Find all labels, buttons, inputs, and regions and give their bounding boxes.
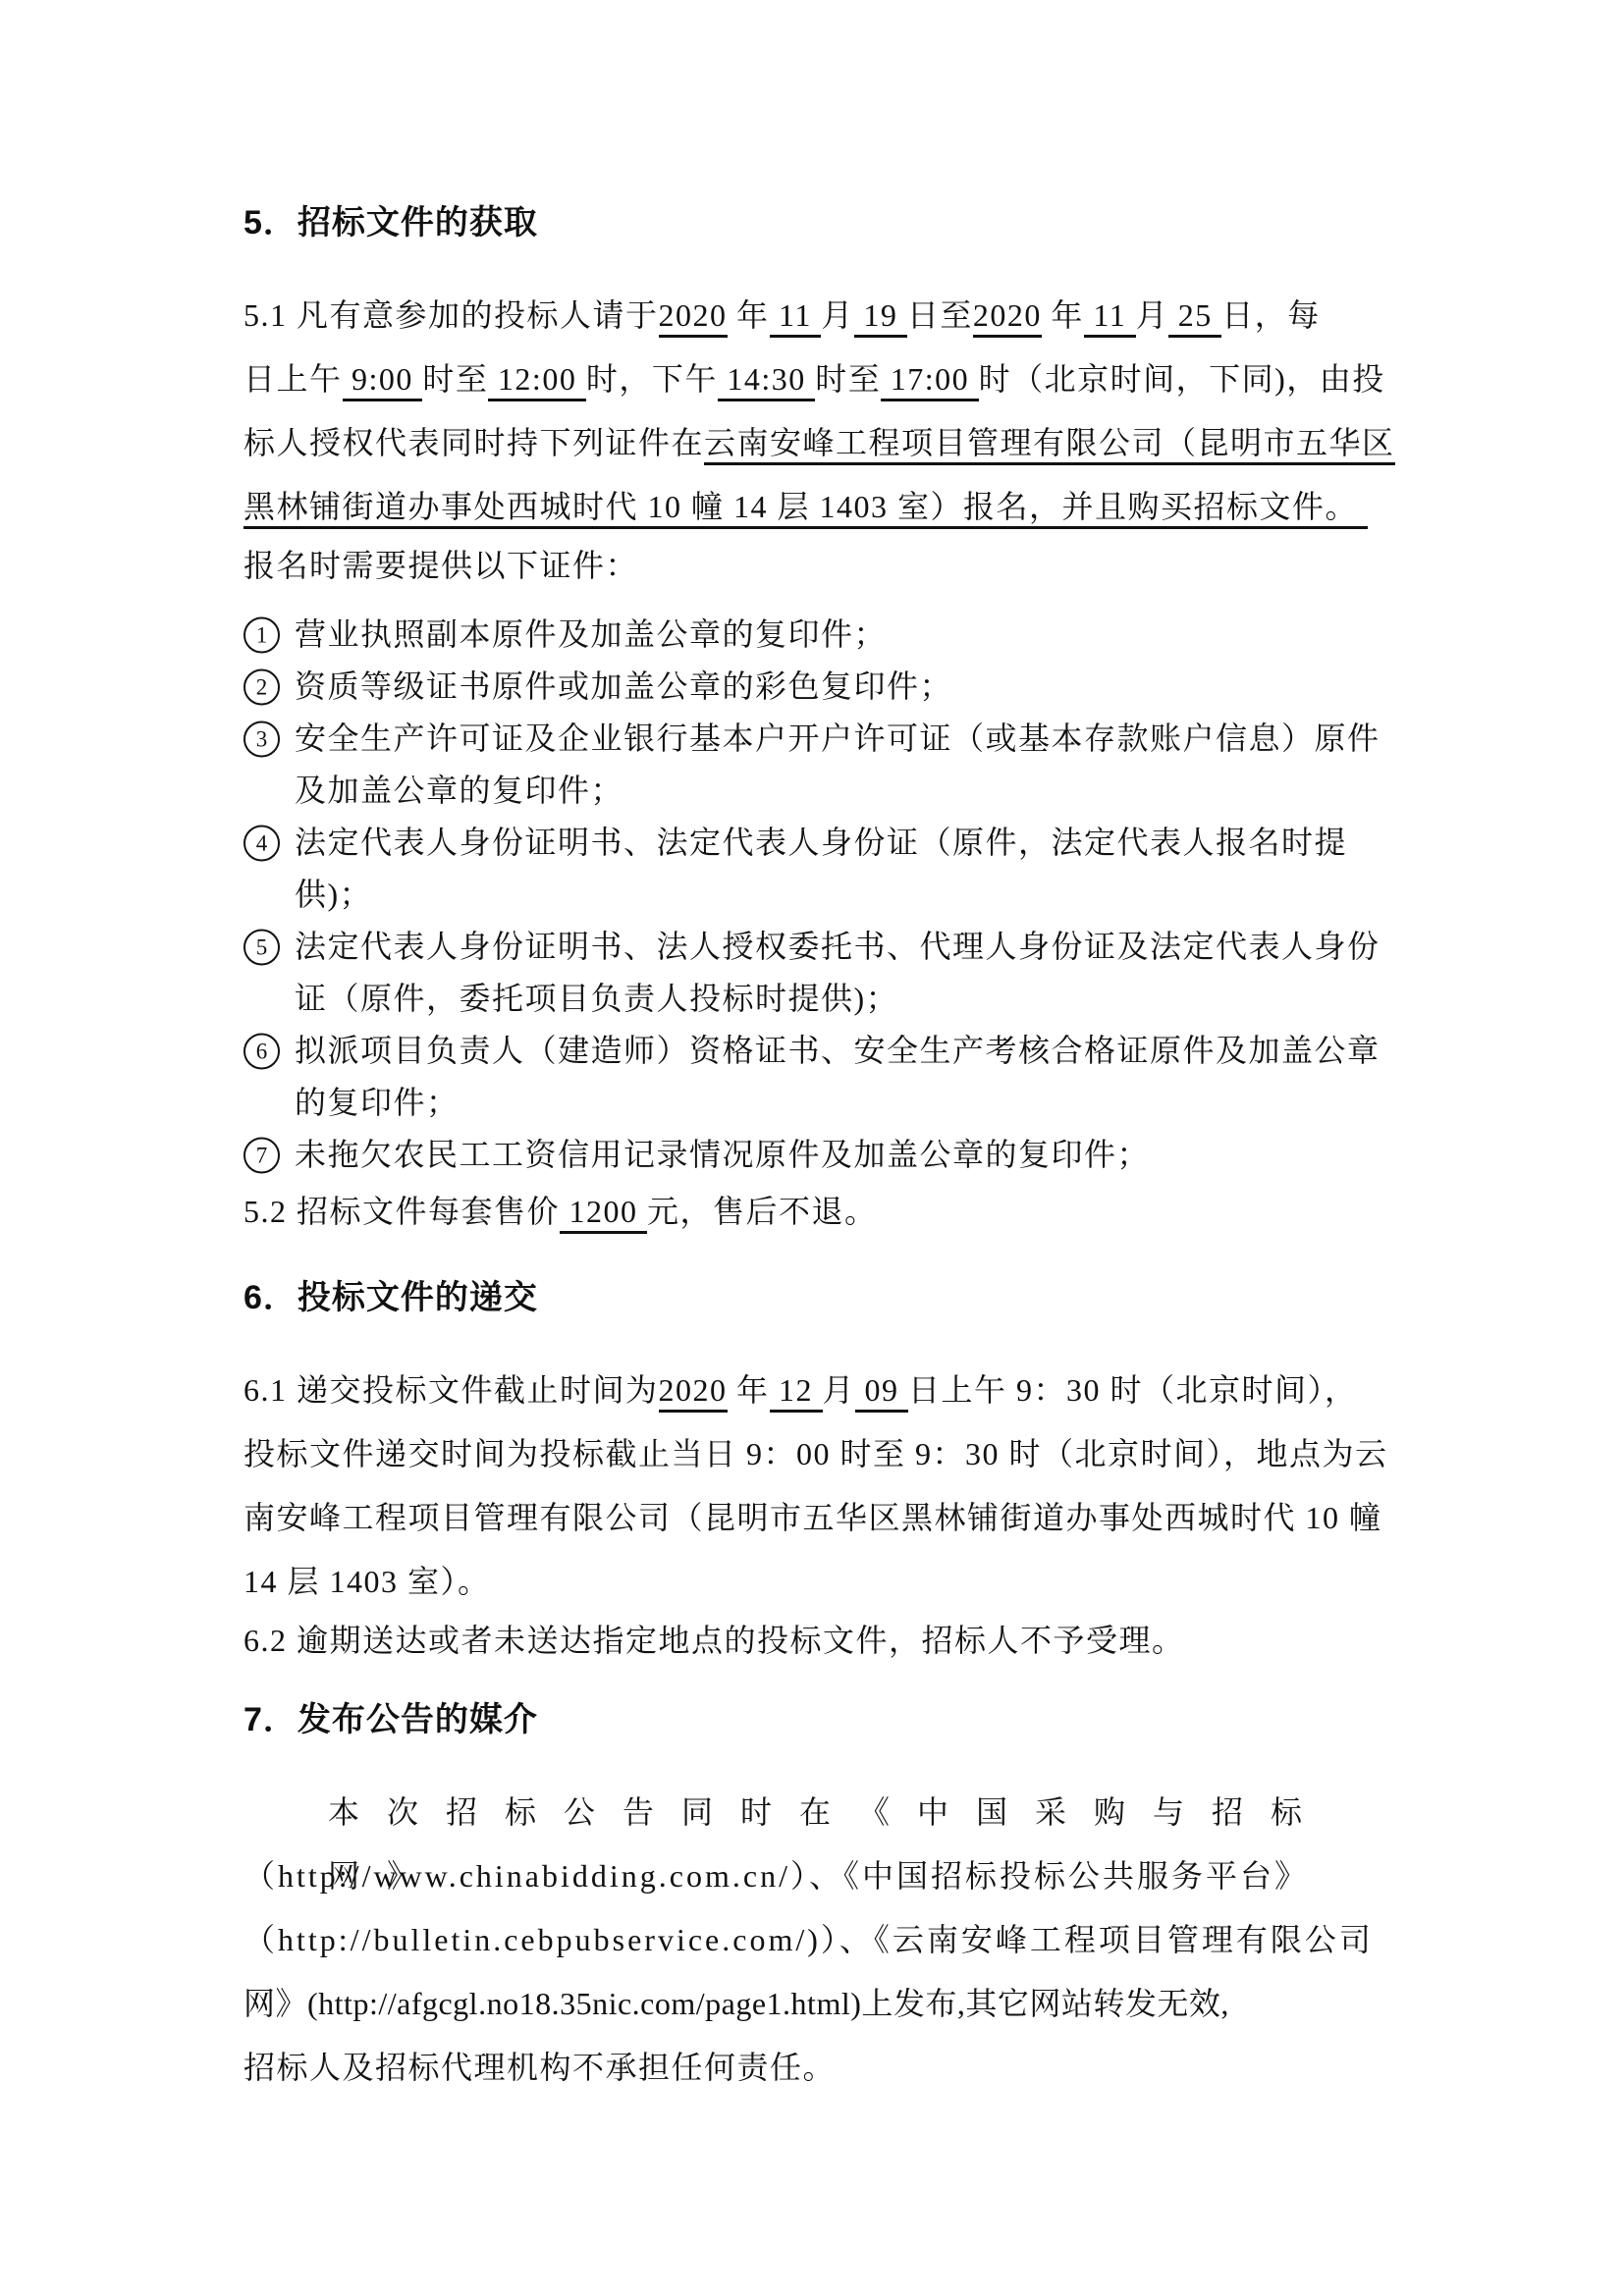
- text-segment: 时，下午: [586, 361, 718, 397]
- text-line: 及加盖公章的复印件；: [244, 765, 1398, 817]
- list-item-line: 7未拖欠农民工工资信用记录情况原件及加盖公章的复印件；: [244, 1129, 1398, 1181]
- underlined-text: 2020: [973, 297, 1042, 338]
- text-segment: 日至: [907, 297, 973, 333]
- text-line: 的复印件；: [244, 1077, 1398, 1129]
- text-line: 6.1 递交投标文件截止时间为2020 年 12 月 09 日上午 9：30 时…: [244, 1359, 1398, 1422]
- underlined-text: 2020: [659, 1372, 728, 1413]
- list-item-line: 6拟派项目负责人（建造师）资格证书、安全生产考核合格证原件及加盖公章: [244, 1025, 1398, 1077]
- circled-number-icon: 3: [244, 721, 280, 757]
- list-item-line: 2资质等级证书原件或加盖公章的彩色复印件；: [244, 661, 1398, 713]
- underlined-text: 11: [770, 297, 822, 338]
- text-segment: （http://www.chinabidding.com.cn/）、《中国招标投…: [244, 1858, 1309, 1894]
- list-item-line: 5法定代表人身份证明书、法人授权委托书、代理人身份证及法定代表人身份: [244, 921, 1398, 973]
- text-segment: （http://bulletin.cebpubservice.com/)）、《云…: [244, 1922, 1374, 1957]
- tender-notice-page: 5．招标文件的获取 5.1 凡有意参加的投标人请于2020 年 11 月 19 …: [0, 0, 1624, 2296]
- text-segment: 日上午: [244, 361, 343, 397]
- underlined-text: 19: [854, 297, 907, 338]
- text-segment: 资质等级证书原件或加盖公章的彩色复印件；: [295, 668, 952, 704]
- text-segment: 及加盖公章的复印件；: [295, 773, 623, 808]
- underlined-text: 2020: [659, 297, 728, 338]
- text-line: 5.1 凡有意参加的投标人请于2020 年 11 月 19 日至2020 年 1…: [244, 284, 1398, 347]
- text-segment: 14 层 1403 室）。: [244, 1564, 491, 1599]
- underlined-text: 09: [855, 1372, 908, 1413]
- text-segment: 供)；: [295, 877, 372, 912]
- text-line: 日上午 9:00 时至 12:00 时，下午 14:30 时至 17:00 时（…: [244, 347, 1398, 411]
- text-segment: 5.2 招标文件每套售价: [244, 1194, 560, 1229]
- text-segment: 南安峰工程项目管理有限公司（昆明市五华区黑林铺街道办事处西城时代 10 幢: [244, 1500, 1382, 1535]
- para-6-2-late-submission: 6.2 逾期送达或者未送达指定地点的投标文件，招标人不予受理。: [244, 1615, 1398, 1667]
- text-segment: 安全生产许可证及企业银行基本户开户许可证（或基本存款账户信息）原件: [295, 721, 1380, 756]
- text-segment: 月: [821, 297, 854, 333]
- circled-number-icon: 5: [244, 929, 280, 965]
- section-7-heading: 7．发布公告的媒介: [244, 1698, 1398, 1741]
- text-segment: 日上午 9：30 时（北京时间），: [908, 1372, 1358, 1408]
- text-line: 南安峰工程项目管理有限公司（昆明市五华区黑林铺街道办事处西城时代 10 幢: [244, 1486, 1398, 1550]
- para-5-2-document-price: 5.2 招标文件每套售价 1200 元，售后不退。: [244, 1186, 1398, 1238]
- text-segment: 证（原件，委托项目负责人投标时提供)；: [295, 981, 898, 1016]
- text-line: （http://bulletin.cebpubservice.com/)）、《云…: [244, 1908, 1398, 1972]
- registration-certificates-intro: 报名时需要提供以下证件：: [244, 540, 1398, 592]
- text-line: 14 层 1403 室）。: [244, 1550, 1398, 1614]
- text-line: 6.2 逾期送达或者未送达指定地点的投标文件，招标人不予受理。: [244, 1615, 1398, 1667]
- text-line: 供)；: [244, 869, 1398, 921]
- text-segment: 营业执照副本原件及加盖公章的复印件；: [295, 616, 887, 652]
- text-segment: 拟派项目负责人（建造师）资格证书、安全生产考核合格证原件及加盖公章: [295, 1033, 1380, 1068]
- text-segment: 6.1 递交投标文件截止时间为: [244, 1372, 659, 1408]
- underlined-text: 9:00: [343, 361, 423, 401]
- text-segment: 日，每: [1221, 297, 1321, 333]
- list-item-line: 4法定代表人身份证明书、法定代表人身份证（原件，法定代表人报名时提: [244, 817, 1398, 869]
- para-5-1-obtaining-bid-documents: 5.1 凡有意参加的投标人请于2020 年 11 月 19 日至2020 年 1…: [244, 284, 1398, 539]
- text-segment: 5.1 凡有意参加的投标人请于: [244, 297, 659, 333]
- text-segment: 法定代表人身份证明书、法人授权委托书、代理人身份证及法定代表人身份: [295, 929, 1380, 964]
- text-segment: 标人授权代表同时持下列证件在: [244, 425, 704, 460]
- underlined-text: 云南安峰工程项目管理有限公司（昆明市五华区: [704, 425, 1395, 465]
- text-segment: 年: [728, 1372, 770, 1408]
- text-segment: 月: [1136, 297, 1169, 333]
- text-segment: 网》(http://afgcgl.no18.35nic.com/page1.ht…: [244, 1986, 1229, 2021]
- text-segment: 投标文件递交时间为投标截止当日 9：00 时至 9：30 时（北京时间），地点为…: [244, 1436, 1388, 1471]
- circled-number-icon: 7: [244, 1137, 280, 1173]
- text-segment: 月: [823, 1372, 856, 1408]
- text-segment: 的复印件；: [295, 1085, 460, 1120]
- text-line: 报名时需要提供以下证件：: [244, 540, 1398, 592]
- text-line: 证（原件，委托项目负责人投标时提供)；: [244, 973, 1398, 1025]
- underlined-text: 12:00: [488, 361, 585, 401]
- underlined-text: 17:00: [881, 361, 978, 401]
- para-6-1-submission-deadline: 6.1 递交投标文件截止时间为2020 年 12 月 09 日上午 9：30 时…: [244, 1359, 1398, 1614]
- text-line: 黑林铺街道办事处西城时代 10 幢 14 层 1403 室）报名，并且购买招标文…: [244, 475, 1398, 539]
- text-segment: 时（北京时间，下同)，由投: [979, 361, 1385, 397]
- underlined-text: 黑林铺街道办事处西城时代 10 幢 14 层 1403 室）报名，并且购买招标文…: [244, 489, 1368, 529]
- section-6-heading: 6．投标文件的递交: [244, 1276, 1398, 1319]
- underlined-text: 1200: [560, 1194, 647, 1234]
- text-line: 标人授权代表同时持下列证件在云南安峰工程项目管理有限公司（昆明市五华区: [244, 411, 1398, 475]
- text-line: 5.2 招标文件每套售价 1200 元，售后不退。: [244, 1186, 1398, 1238]
- text-segment: 招标人及招标代理机构不承担任何责任。: [244, 2050, 836, 2085]
- underlined-text: 12: [770, 1372, 823, 1413]
- text-segment: 时至: [815, 361, 881, 397]
- section-5-heading: 5．招标文件的获取: [244, 201, 1398, 244]
- text-segment: 6.2 逾期送达或者未送达指定地点的投标文件，招标人不予受理。: [244, 1623, 1185, 1658]
- text-segment: 年: [1042, 297, 1084, 333]
- circled-number-icon: 1: [244, 616, 280, 653]
- text-line: 网》(http://afgcgl.no18.35nic.com/page1.ht…: [244, 1972, 1398, 2036]
- underlined-text: 14:30: [718, 361, 815, 401]
- underlined-text: 11: [1084, 297, 1136, 338]
- text-segment: 报名时需要提供以下证件：: [244, 548, 638, 583]
- text-segment: 时至: [422, 361, 488, 397]
- text-line: 本次招标公告同时在《中国采购与招标网》: [328, 1781, 1398, 1844]
- text-segment: 未拖欠农民工工资信用记录情况原件及加盖公章的复印件；: [295, 1137, 1150, 1172]
- text-segment: 法定代表人身份证明书、法定代表人身份证（原件，法定代表人报名时提: [295, 825, 1347, 860]
- para-7-announcement-media: 本次招标公告同时在《中国采购与招标网》（http://www.chinabidd…: [244, 1781, 1398, 2100]
- circled-number-icon: 4: [244, 825, 280, 861]
- certificate-list: 1营业执照副本原件及加盖公章的复印件；2资质等级证书原件或加盖公章的彩色复印件；…: [244, 609, 1398, 1181]
- list-item-line: 3安全生产许可证及企业银行基本户开户许可证（或基本存款账户信息）原件: [244, 713, 1398, 765]
- text-line: 招标人及招标代理机构不承担任何责任。: [244, 2036, 1398, 2100]
- circled-number-icon: 6: [244, 1033, 280, 1069]
- circled-number-icon: 2: [244, 668, 280, 705]
- list-item-line: 1营业执照副本原件及加盖公章的复印件；: [244, 609, 1398, 661]
- text-segment: 元，售后不退。: [647, 1194, 878, 1229]
- text-line: （http://www.chinabidding.com.cn/）、《中国招标投…: [244, 1844, 1398, 1908]
- text-line: 投标文件递交时间为投标截止当日 9：00 时至 9：30 时（北京时间），地点为…: [244, 1422, 1398, 1486]
- text-segment: 年: [728, 297, 770, 333]
- underlined-text: 25: [1168, 297, 1221, 338]
